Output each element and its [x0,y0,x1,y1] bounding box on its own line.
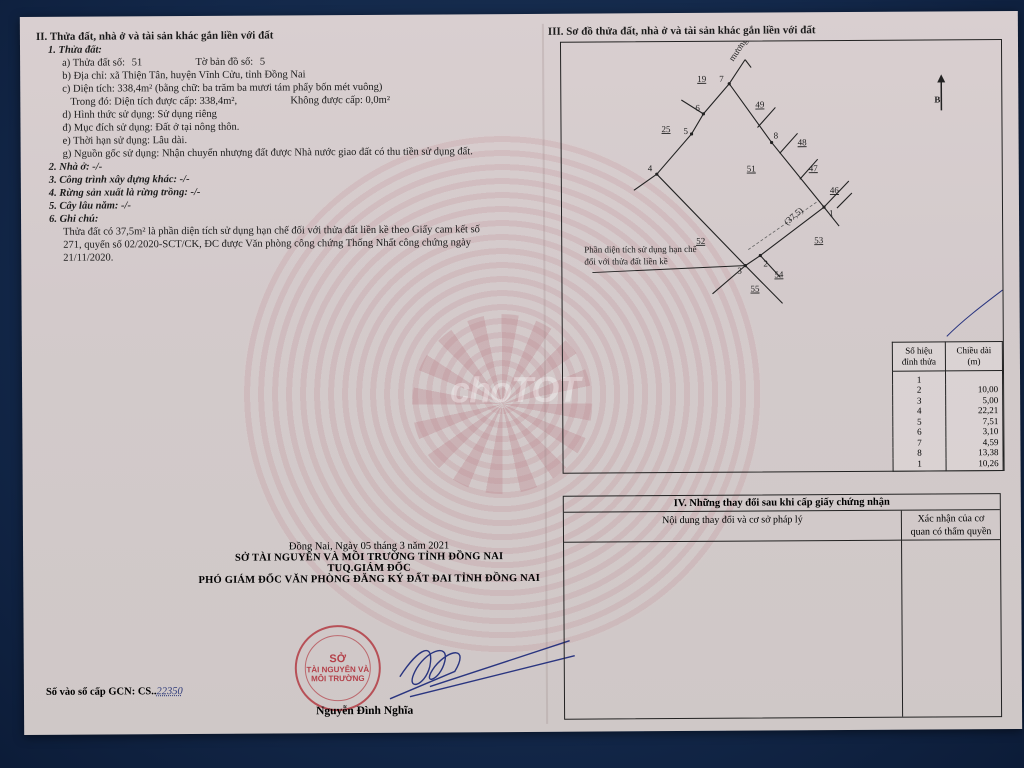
length-cell: 3,10 [946,426,1003,437]
changes-table: IV. Những thay đổi sau khi cấp giấy chứn… [563,493,1002,720]
vertex-4: 4 [648,163,653,173]
area-not-granted: Không được cấp: 0,0m² [290,95,390,107]
signer-name: Nguyễn Đình Nghĩa [316,705,413,718]
vertex-cell: 7 [893,437,946,448]
neighbor-54: 54 [774,269,784,279]
certificate-sheet: choTOT II. Thửa đất, nhà ở và tài sản kh… [20,11,1022,735]
length-cell: 22,21 [946,405,1003,416]
gcn-registry-row: Số vào sổ cấp GCN: CS..22350 [46,686,183,698]
neighbor-49: 49 [755,100,765,110]
ink-mark [947,290,1003,336]
length-cell: 5,00 [946,395,1003,406]
vertex-cell: 1 [892,370,945,384]
table-row: 110,26 [893,458,1003,472]
signer-title: PHÓ GIÁM ĐỐC VĂN PHÒNG ĐĂNG KÝ ĐẤT ĐAI T… [189,573,549,586]
length-cell [945,370,1002,384]
table-row: 210,00 [893,384,1003,395]
parcel-number-label: a) Thửa đất số: [62,57,125,68]
map-sheet-number: 5 [260,57,265,68]
parcel-number: 51 [132,57,143,68]
parcel-number-label: 51 [747,164,756,174]
table-row: 422,21 [893,405,1003,416]
changes-confirm-header: Xác nhận của cơquan có thẩm quyền [902,510,1000,541]
table-row: 35,00 [893,395,1003,406]
gcn-number: 22350 [156,686,182,697]
neighbor-25: 25 [661,124,671,134]
table-row: 813,38 [893,447,1003,458]
parcel-diagram: 1 2 3 4 5 6 7 8 51 19 25 49 48 47 46 52 … [560,39,1005,474]
col-header-vertex: Số hiệuđỉnh thửa [892,341,945,370]
col-header-length: Chiều dài(m) [945,341,1002,370]
neighbor-55: 55 [750,284,760,294]
vertex-8: 8 [774,130,779,140]
restricted-note-line-1: Phần diện tích sử dụng hạn chế [584,244,697,255]
table-row: 74,59 [893,437,1003,448]
vertex-cell: 6 [893,426,946,437]
neighbor-53: 53 [814,235,824,245]
changes-content-header: Nội dung thay đổi và cơ sở pháp lý [564,511,901,543]
area-granted: Trong đó: Diện tích được cấp: 338,4m², [70,96,237,108]
length-cell: 7,51 [946,416,1003,427]
length-cell: 10,26 [946,458,1003,471]
neighbor-47: 47 [809,163,819,173]
boundary-length-table: Số hiệuđỉnh thửa Chiều dài(m) 1210,0035,… [892,341,1004,472]
neighbor-46: 46 [830,185,840,195]
north-arrow-icon: B [934,74,945,110]
north-label: B [934,94,940,104]
length-cell: 4,59 [946,437,1003,448]
length-cell: 10,00 [946,384,1003,395]
vertex-cell: 1 [893,458,946,471]
map-sheet-label: Tờ bản đồ số: [195,57,253,68]
section-3-heading: III. Sơ đồ thửa đất, nhà ở và tài sản kh… [548,23,1014,39]
vertex-cell: 5 [893,416,946,427]
vertex-5: 5 [683,126,688,136]
handwritten-signature [360,636,580,707]
signature-block: Đồng Nai, Ngày 05 tháng 3 năm 2021 SỞ TÀ… [189,540,549,586]
left-page: II. Thửa đất, nhà ở và tài sản khác gắn … [36,28,540,731]
vertex-3: 3 [737,266,742,276]
table-row: 1 [892,370,1002,385]
vertex-cell: 2 [893,384,946,395]
table-row: 57,51 [893,416,1003,427]
table-row: 63,10 [893,426,1003,437]
changes-confirm-column: Xác nhận của cơquan có thẩm quyền [902,510,1001,717]
vertex-6: 6 [695,103,700,113]
neighbor-19: 19 [697,74,707,84]
gcn-label: Số vào sổ cấp GCN: CS.. [46,686,157,698]
changes-content-column: Nội dung thay đổi và cơ sở pháp lý [564,511,903,719]
length-cell: 13,38 [946,447,1003,458]
stamp-line-3: MÔI TRƯỜNG [311,674,365,683]
right-page: III. Sơ đồ thửa đất, nhà ở và tài sản kh… [548,23,1018,726]
vertex-2: 2 [763,258,768,268]
vertex-cell: 3 [893,395,946,406]
vertex-7: 7 [719,74,724,84]
notes-text: Thửa đất có 37,5m² là phần diện tích sử … [37,223,483,265]
neighbor-52: 52 [696,236,705,246]
road-label: mương [727,40,750,63]
vertex-cell: 4 [893,405,946,416]
restricted-note-line-2: đối với thửa đất liền kề [584,256,667,267]
vertex-cell: 8 [893,447,946,458]
stamp-line-1: SỞ [329,653,346,665]
vertex-1: 1 [829,208,834,218]
neighbor-48: 48 [798,137,808,147]
